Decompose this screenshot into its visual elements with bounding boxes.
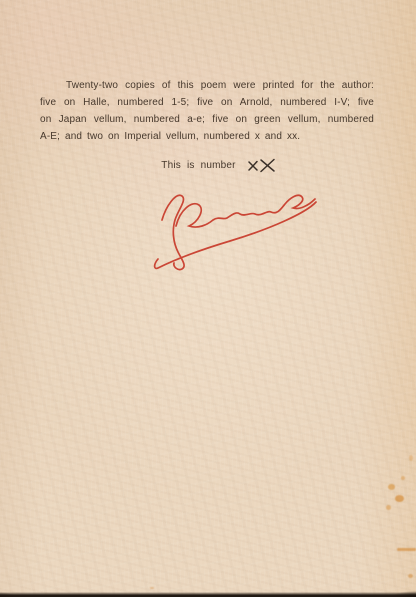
limitation-statement: Twenty-two copies of this poem were prin… xyxy=(40,77,374,145)
limitation-line: on Japan vellum, numbered a-e; five on g… xyxy=(40,111,374,128)
copy-number-line: This is number xyxy=(11,155,416,175)
limitation-line: five on Halle, numbered 1-5; five on Arn… xyxy=(40,94,374,111)
photo-corner-shadow xyxy=(0,590,22,597)
book-limitation-page: Twenty-two copies of this poem were prin… xyxy=(0,0,416,597)
limitation-line: Twenty-two copies of this poem were prin… xyxy=(40,77,374,94)
foxing-spot xyxy=(401,476,405,480)
foxing-spot xyxy=(409,455,413,461)
foxing-spot xyxy=(150,587,154,589)
foxing-spot xyxy=(395,495,404,502)
copy-number-prefix: This is number xyxy=(161,160,235,171)
handwritten-copy-number-mark xyxy=(245,156,277,174)
photo-corner-shadow xyxy=(382,588,416,597)
photo-bottom-edge xyxy=(0,592,416,597)
foxing-spot xyxy=(386,505,391,510)
limitation-line: A-E; and two on Imperial vellum, numbere… xyxy=(40,128,374,145)
foxing-spot xyxy=(408,574,413,578)
foxing-spot xyxy=(388,484,395,490)
handwritten-signature xyxy=(118,184,328,284)
foxing-streak xyxy=(397,548,416,551)
